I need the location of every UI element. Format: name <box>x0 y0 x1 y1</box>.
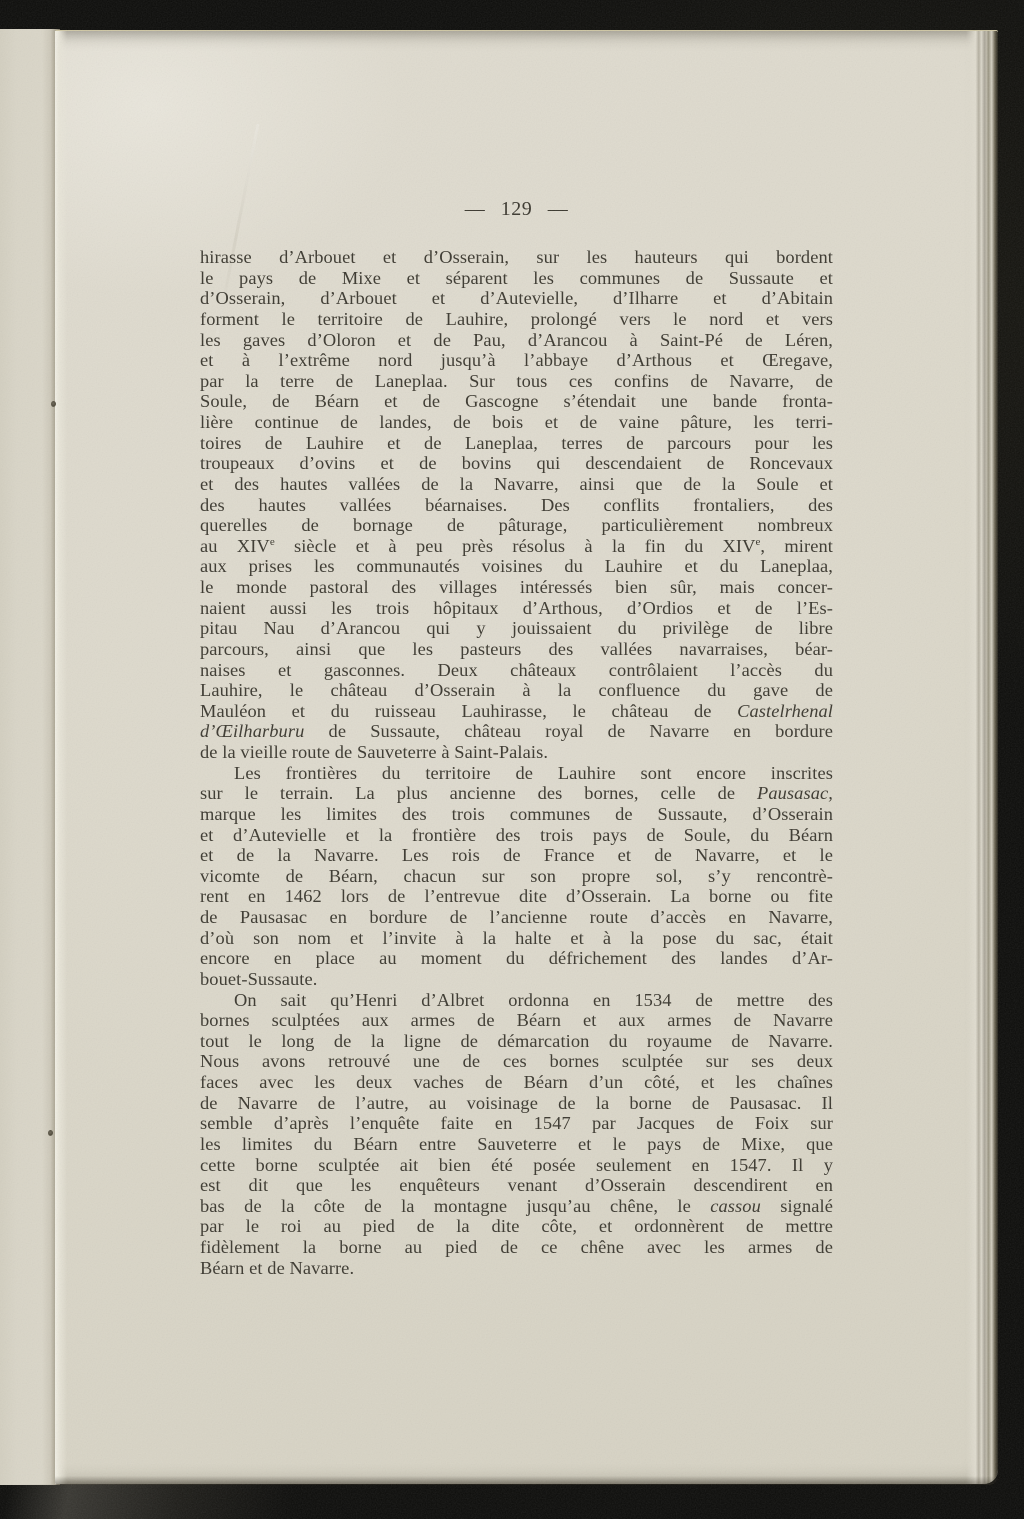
text-line: marque les limites des trois communes de… <box>200 804 833 825</box>
text-line: le monde pastoral des villages intéressé… <box>200 577 833 598</box>
text-line: Mauléon et du ruisseau Lauhirasse, le ch… <box>200 701 833 722</box>
text-line: rent en 1462 lors de l’entrevue dite d’O… <box>200 886 833 907</box>
text-line: Soule, de Béarn et de Gascogne s’étendai… <box>200 391 833 412</box>
text-line: de Navarre de l’autre, au voisinage de l… <box>200 1093 833 1114</box>
text-line: cette borne sculptée ait bien été posée … <box>200 1155 833 1176</box>
text-line: de Pausasac en bordure de l’ancienne rou… <box>200 907 833 928</box>
text-line: et à l’extrême nord jusqu’à l’abbaye d’A… <box>200 350 833 371</box>
book-page: — 129 — hirasse d’Arbouet et d’Osserain,… <box>55 30 998 1484</box>
previous-page-edge <box>0 29 60 1485</box>
text-line: troupeaux d’ovins et de bovins qui desce… <box>200 453 833 474</box>
text-line: querelles de bornage de pâturage, partic… <box>200 515 833 536</box>
text-line: est dit que les enquêteurs venant d’Osse… <box>200 1175 833 1196</box>
text-line: d’Œilharburu de Sussaute, château royal … <box>200 721 833 742</box>
text-line: bouet-Sussaute. <box>200 969 833 990</box>
background-sheen <box>0 1484 430 1519</box>
text-line: semble d’après l’enquête faite en 1547 p… <box>200 1113 833 1134</box>
text-line: aux prises les communautés voisines du L… <box>200 556 833 577</box>
page-number: — 129 — <box>200 198 833 221</box>
text-line: bornes sculptées aux armes de Béarn et a… <box>200 1010 833 1031</box>
text-line: tout le long de la ligne de démarcation … <box>200 1031 833 1052</box>
text-line: par le roi au pied de la dite côte, et o… <box>200 1216 833 1237</box>
text-line: d’Osserain, d’Arbouet et d’Autevielle, d… <box>200 288 833 309</box>
text-line: et des hautes vallées de la Navarre, ain… <box>200 474 833 495</box>
text-line: encore en place au moment du défrichemen… <box>200 948 833 969</box>
fore-edge-page-stack <box>966 31 998 1484</box>
text-line: des hautes vallées béarnaises. Des confl… <box>200 495 833 516</box>
text-line: vicomte de Béarn, chacun sur son propre … <box>200 866 833 887</box>
text-line: naient aussi les trois hôpitaux d’Arthou… <box>200 598 833 619</box>
paragraph: On sait qu’Henri d’Albret ordonna en 153… <box>200 990 833 1279</box>
text-line: Béarn et de Navarre. <box>200 1258 833 1279</box>
text-line: lière continue de landes, de bois et de … <box>200 412 833 433</box>
stitch-mark <box>51 401 56 407</box>
text-line: le pays de Mixe et séparent les communes… <box>200 268 833 289</box>
text-line: les gaves d’Oloron et de Pau, d’Arancou … <box>200 330 833 351</box>
text-line: naises et gasconnes. Deux châteaux contr… <box>200 660 833 681</box>
text-line: hirasse d’Arbouet et d’Osserain, sur les… <box>200 247 833 268</box>
text-line: toires de Lauhire et de Laneplaa, terres… <box>200 433 833 454</box>
text-line: Nous avons retrouvé une de ces bornes sc… <box>200 1051 833 1072</box>
text-line: et d’Autevielle et la frontière des troi… <box>200 825 833 846</box>
text-line: d’où son nom et l’invite à la halte et à… <box>200 928 833 949</box>
book-photo: — 129 — hirasse d’Arbouet et d’Osserain,… <box>0 0 1024 1519</box>
text-line: et de la Navarre. Les rois de France et … <box>200 845 833 866</box>
text-line: parcours, ainsi que les pasteurs des val… <box>200 639 833 660</box>
text-line: bas de la côte de la montagne jusqu’au c… <box>200 1196 833 1217</box>
text-line: On sait qu’Henri d’Albret ordonna en 153… <box>200 990 833 1011</box>
text-line: Lauhire, le château d’Osserain à la conf… <box>200 680 833 701</box>
stitch-mark <box>48 1130 53 1136</box>
text-line: sur le terrain. La plus ancienne des bor… <box>200 783 833 804</box>
text-line: de la vieille route de Sauveterre à Sain… <box>200 742 833 763</box>
paragraph: hirasse d’Arbouet et d’Osserain, sur les… <box>200 247 833 763</box>
text-line: fidèlement la borne au pied de ce chêne … <box>200 1237 833 1258</box>
paragraph: Les frontières du territoire de Lauhire … <box>200 763 833 990</box>
page-bottom-shadow <box>55 1476 998 1485</box>
text-line: au XIVe siècle et à peu près résolus à l… <box>200 536 833 557</box>
text-line: par la terre de Laneplaa. Sur tous ces c… <box>200 371 833 392</box>
text-line: pitau Nau d’Arancou qui y jouissaient du… <box>200 618 833 639</box>
text-line: les limites du Béarn entre Sauveterre et… <box>200 1134 833 1155</box>
text-line: forment le territoire de Lauhire, prolon… <box>200 309 833 330</box>
text-line: faces avec les deux vaches de Béarn d’un… <box>200 1072 833 1093</box>
text-line: Les frontières du territoire de Lauhire … <box>200 763 833 784</box>
page-text: hirasse d’Arbouet et d’Osserain, sur les… <box>200 247 833 1278</box>
